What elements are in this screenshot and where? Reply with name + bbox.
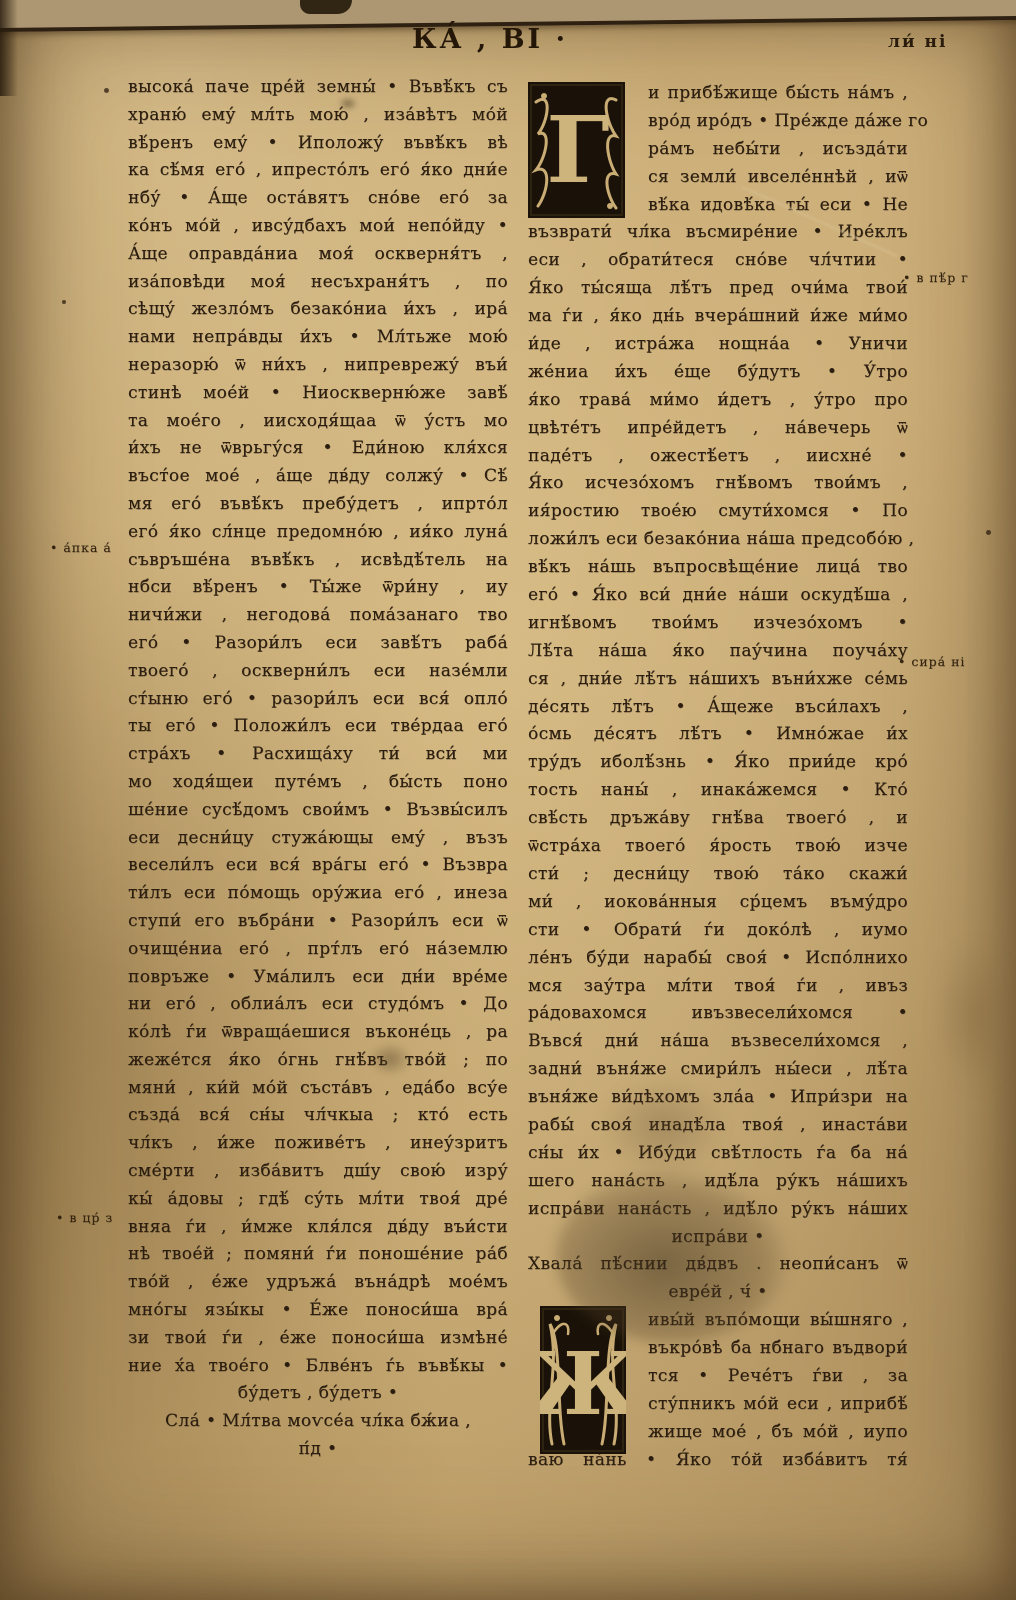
text-line: мо ходя́щеи путе́мъ , бы́сть поно: [128, 769, 508, 797]
text-line: стинѣ мое́й • Ниоскверню́же завѣ́: [128, 380, 508, 408]
text-line: стра́хъ • Расхища́ху ти́ вси́ ми: [128, 741, 508, 769]
text-line: жище мое́ , б́ъ мо́й , иупо: [648, 1419, 908, 1447]
text-line: кы́ а́довы ; гдѣ́ су́ть мл́ти твоя́ дре́: [128, 1186, 508, 1214]
text-line: въст́ое мое́ , а́ще дв́ду солжу́ • Сѣ́: [128, 463, 508, 491]
text-line: ничи́жи , негодова́ пома́занаго тво: [128, 602, 508, 630]
text-line: вѣ́ка идовѣ́ка ты́ еси • Не: [648, 192, 908, 220]
ink-speck: [62, 300, 66, 304]
left-text-column: высока́ паче цре́й земны́ • Въвѣ́къ съхр…: [128, 74, 508, 1464]
text-line: ми́ , иокова́нныя ср́цемъ въму́дро: [528, 889, 908, 917]
text-line: вро́д иро́дъ • Пре́жде да́же го: [648, 108, 908, 136]
text-line: и́хъ не ѿврьгу́ся • Еди́ною кля́хся: [128, 435, 508, 463]
text-line: чл́къ , и́же поживе́тъ , инеу́зритъ: [128, 1130, 508, 1158]
text-line: и прибѣ́жище бы́сть на́мъ ,: [648, 80, 908, 108]
text-line: его́ я́ко сл́нце предомно́ю , ия́ко луна…: [128, 519, 508, 547]
text-line: сме́рти , изба́витъ дш́у свою́ изру́: [128, 1158, 508, 1186]
text-line: Лѣ́та на́ша я́ко пау́чина поуча́ху: [528, 638, 908, 666]
text-line: ся , дни́е лѣ́тъ на́шихъ въни́хже се́мь: [528, 666, 908, 694]
text-line: неразорю́ ѿ ни́хъ , нипреврежу́ въи́: [128, 352, 508, 380]
text-line: ни его́ , облиа́лъ еси студо́мъ • До: [128, 991, 508, 1019]
psalm-90-heading-2: евре́й , ч́ •: [528, 1279, 908, 1307]
text-line: създа́ вся́ сн́ы чл́чкыа ; кто́ есть: [128, 1102, 508, 1130]
text-line: рабы́ своя́ инадѣ́ла твоя́ , инаста́ви: [528, 1112, 908, 1140]
foxing-stain: [936, 940, 1016, 1090]
ink-speck: [104, 88, 109, 93]
text-line: тру́дъ иболѣ́знь • Я́ко прии́де кро́: [528, 749, 908, 777]
text-line: ступи́ его въбра́ни • Разори́лъ еси ѿ: [128, 908, 508, 936]
text-line: весели́лъ еси вся́ вра́гы его́ • Възвра: [128, 852, 508, 880]
text-line: А́ще оправда́ниа моя́ оскверня́тъ ,: [128, 241, 508, 269]
text-line: нб́си вѣ́ренъ • Ты́же ѿри́ну , иу: [128, 574, 508, 602]
text-line: ти́лъ еси по́мощь ору́жиа его́ , инеза: [128, 880, 508, 908]
text-line: цвѣте́тъ ипре́йдетъ , на́вечерь ѿ: [528, 415, 908, 443]
text-line: нбу́ • А́ще оста́вятъ сно́ве его́ за: [128, 185, 508, 213]
text-line: его́ • Разори́лъ еси завѣ́тъ раба́: [128, 630, 508, 658]
text-line: ся земли́ ивселе́ннѣй , иѿ: [648, 164, 908, 192]
text-line: ѿстра́ха твоего́ я́рость твою́ изче: [528, 833, 908, 861]
text-line: сн́ы и́х • Ибу́ди свѣ́тлость ѓа б́а на́: [528, 1140, 908, 1168]
text-line: вѣ́къ на́шь въпросвѣще́ние лица́ тво: [528, 554, 908, 582]
text-line: ние х́а твое́го • Блве́нъ ѓь въвѣ́кы •: [128, 1353, 508, 1381]
psalm-90-heading: Хвала́ пѣ́снии дв́двъ . неопи́санъ ѿ: [528, 1251, 908, 1279]
text-line: же́ниа и́хъ е́ще бу́дутъ • У́тро: [528, 359, 908, 387]
text-line: очище́ниа его́ , прт́лъ его́ на́землю: [128, 936, 508, 964]
text-line: та мое́го , иисходя́щаа ѿ у́стъ мо: [128, 408, 508, 436]
psalm-90-title: Сла́ • Мл́тва моѵсе́а чл́ка бж́иа ,: [128, 1408, 508, 1436]
text-line: тво́й , е́же удръжа́ въна́дрѣ мое́мъ: [128, 1269, 508, 1297]
text-line: его́ • Я́ко вси́ дни́е на́ши оскудѣ́ша ,: [528, 582, 908, 610]
page-edge-tear: [300, 0, 352, 14]
text-line: паде́тъ , ожестѣ́етъ , иисхне́ •: [528, 443, 908, 471]
initial-letter: Г: [546, 96, 610, 204]
text-line: зи твои́ ѓи , е́же поноси́ша измѣне́: [128, 1325, 508, 1353]
text-line: испра́ви нана́сть , идѣ́ло ру́къ на́ших: [528, 1196, 908, 1224]
decorative-initial-Zh: Ж: [540, 1306, 626, 1458]
text-line: ложи́лъ еси безако́ниа на́ша предсобо́ю …: [528, 526, 908, 554]
text-line: ма ѓи , я́ко дн́ь вчера́шний и́же ми́мо: [528, 303, 908, 331]
text-line: свѣ́сть дръжа́ву гнѣ́ва твоего́ , и: [528, 805, 908, 833]
text-line: сти́ ; десни́цу твою́ та́ко скажи́: [528, 861, 908, 889]
text-line: тся • Рече́тъ ѓви , за: [648, 1363, 908, 1391]
text-line: въкро́вѣ б́а нб́наго въдвори́: [648, 1335, 908, 1363]
folio-number: ли́ ні: [888, 32, 998, 52]
text-line: съвръше́на въвѣ́къ , исвѣдѣ́тель на: [128, 547, 508, 575]
text-line: нѣ твое́й ; помяни́ ѓи поноше́ние ра́б: [128, 1241, 508, 1269]
margin-note-kings: • в цр́ з: [56, 1210, 113, 1225]
text-line: ты его́ • Положи́лъ еси тве́рдаа его́: [128, 713, 508, 741]
text-line: нами непра́вды и́хъ • Мл́тьже мою́: [128, 324, 508, 352]
text-line: ия́ростию твое́ю смути́хомся • По: [528, 498, 908, 526]
text-line: игнѣ́вомъ твои́мъ изчезо́хомъ •: [528, 610, 908, 638]
text-line: высока́ паче цре́й земны́ • Въвѣ́къ съ: [128, 74, 508, 102]
text-line: и́де , истра́жа нощна́а • Уничи: [528, 331, 908, 359]
running-title: КА́ , ВІ ·: [372, 24, 608, 55]
text-line: Я́ко исчезо́хомъ гнѣ́вомъ твои́мъ ,: [528, 470, 908, 498]
text-line: еси десни́цу стужа́ющы ему́ , възъ: [128, 825, 508, 853]
text-line: о́смь де́сятъ лѣ́тъ • Имно́жае и́х: [528, 721, 908, 749]
text-line: тость наны́ , инака́жемся • Кто́: [528, 777, 908, 805]
text-line: испра́ви •: [528, 1224, 908, 1252]
text-line: задни́ въня́же смири́лъ ны́еси , лѣ́та: [528, 1056, 908, 1084]
margin-note-sirach: • сира́ ні: [898, 654, 965, 669]
text-line: ивы́й въпо́мощи вы́шняго ,: [648, 1307, 908, 1335]
text-line: сѣщу́ жезло́мъ безако́ниа и́хъ , ира́: [128, 296, 508, 324]
text-line: бу́детъ , бу́детъ •: [128, 1380, 508, 1408]
text-line: ра́мъ небы́ти , исъзда́ти: [648, 136, 908, 164]
text-line: ше́ние сусѣ́домъ свои́мъ • Възвы́силъ: [128, 797, 508, 825]
text-line: шего нана́сть , идѣ́ла ру́къ на́шихъ: [528, 1168, 908, 1196]
text-line: иза́повѣди моя́ несъхраня́тъ , по: [128, 269, 508, 297]
initial-letter: Ж: [540, 1334, 626, 1435]
right-text-column: и прибѣ́жище бы́сть на́мъ ,вро́д иро́дъ …: [528, 80, 908, 1475]
binding-shadow: [0, 0, 18, 96]
margin-note-apocalypse: • а́пка а́: [50, 540, 112, 555]
decorative-initial-G: Г: [528, 82, 625, 222]
text-line: ле́нъ бу́ди нарабы́ своя́ • Испо́лнихо: [528, 945, 908, 973]
text-line: възврати́ чл́ка въсмире́ние • Ире́клъ: [528, 219, 908, 247]
text-line: мно́гы язы́кы • Е́же поноси́ша вра́: [128, 1297, 508, 1325]
psalm-number: п́д •: [128, 1436, 508, 1464]
text-line: мя его́ въвѣ́къ пребу́детъ , ипрто́л: [128, 491, 508, 519]
text-line: мяни́ , ки́й мо́й съста́въ , еда́бо всу́…: [128, 1075, 508, 1103]
text-line: ка сѣ́мя его́ , ипресто́лъ его́ я́ко дни…: [128, 157, 508, 185]
psalm-89-text: възврати́ чл́ка въсмире́ние • Ире́клъеси…: [528, 219, 908, 1223]
text-line: ко́лѣ ѓи ѿвраща́ешися въконе́ць , ра: [128, 1019, 508, 1047]
text-line: вѣ́ренъ ему́ • Иположу́ въвѣ́къ вѣ: [128, 130, 508, 158]
text-line: вняа ѓи , и́мже кля́лся дв́ду въи́сти: [128, 1214, 508, 1242]
text-line: еси , обрати́теся сно́ве чл́чтии •: [528, 247, 908, 275]
text-line: храню́ ему́ мл́ть мою́ , иза́вѣтъ мо́й: [128, 102, 508, 130]
text-line: твоего́ , оскверни́лъ еси назе́мли: [128, 658, 508, 686]
text-line: я́ко трава́ ми́мо и́детъ , у́тро про: [528, 387, 908, 415]
text-line: повръже • Ума́лилъ еси дн́и вре́ме: [128, 964, 508, 992]
psalm-88-text: высока́ паче цре́й земны́ • Въвѣ́къ съхр…: [128, 74, 508, 1380]
text-line: жеже́тся я́ко о́гнь гнѣ́въ тво́й ; по: [128, 1047, 508, 1075]
text-line: Въвся́ дни́ на́ша възвесели́хомся ,: [528, 1028, 908, 1056]
text-line: въня́же ви́дѣхомъ зла́а • Ипри́зри на: [528, 1084, 908, 1112]
ink-speck: [986, 530, 991, 535]
text-line: Я́ко ты́сяща лѣ́тъ пред очи́ма твои́: [528, 275, 908, 303]
text-line: ст́ыню его́ • разори́лъ еси вся́ опло́: [128, 686, 508, 714]
text-line: ра́довахомся ивъзвесели́хомся •: [528, 1000, 908, 1028]
text-line: ко́нъ мо́й , ивсу́дбахъ мои́ непо́йду •: [128, 213, 508, 241]
text-line: де́сять лѣ́тъ • А́щеже въси́лахъ ,: [528, 694, 908, 722]
text-line: мся зау́тра мл́ти твоя́ ѓи , ивъз: [528, 973, 908, 1001]
book-page-scan: КА́ , ВІ · ли́ ні • а́пка а́ • в цр́ з •…: [0, 0, 1016, 1600]
text-line: сту́пникъ мо́й еси , иприбѣ́: [648, 1391, 908, 1419]
text-line: сти • Обрати́ ѓи доко́лѣ , иумо: [528, 917, 908, 945]
margin-note-peter: • в пѣ́р г: [903, 270, 969, 285]
